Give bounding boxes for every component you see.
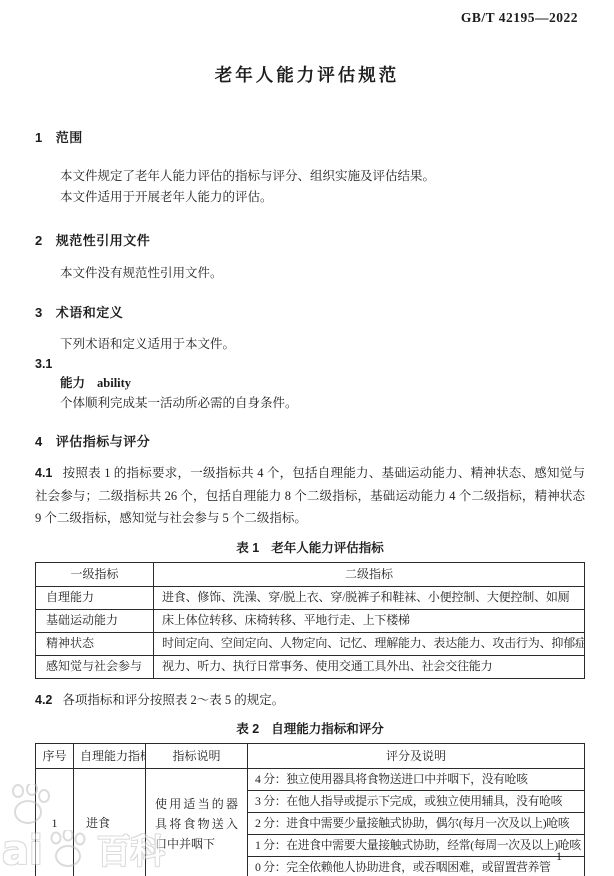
section-number: 4 bbox=[35, 434, 43, 449]
table-row: 基础运动能力 床上体位转移、床椅转移、平地行走、上下楼梯 bbox=[36, 609, 585, 632]
table-cell-score: 0 分：完全依赖他人协助进食，或吞咽困难，或留置营养管 bbox=[248, 857, 585, 876]
table-cell-level2: 进食、修饰、洗澡、穿/脱上衣、穿/脱裤子和鞋袜、小便控制、大便控制、如厕 bbox=[154, 586, 585, 609]
term-entry: 能力ability bbox=[35, 374, 585, 393]
section-heading-terms: 3术语和定义 bbox=[35, 302, 585, 321]
table-row: 1 进食 使用适当的器具将食物送入口中并咽下 4 分：独立使用器具将食物送进口中… bbox=[36, 769, 585, 791]
table-header-cell: 评分及说明 bbox=[248, 744, 585, 769]
table-header-cell: 自理能力指标 bbox=[74, 744, 146, 769]
clause-number: 4.2 bbox=[35, 693, 52, 707]
clause-4-2: 4.2各项指标和评分按照表 2～表 5 的规定。 bbox=[35, 689, 585, 712]
section-label: 规范性引用文件 bbox=[56, 233, 151, 248]
clause-text: 各项指标和评分按照表 2～表 5 的规定。 bbox=[62, 693, 284, 707]
table-header-row: 序号 自理能力指标 指标说明 评分及说明 bbox=[36, 744, 585, 769]
section-heading-normative-refs: 2规范性引用文件 bbox=[35, 230, 585, 249]
clause-4-1: 4.1按照表 1 的指标要求，一级指标共 4 个，包括自理能力、基础运动能力、精… bbox=[35, 462, 585, 530]
table-row: 感知觉与社会参与 视力、听力、执行日常事务、使用交通工具外出、社会交往能力 bbox=[36, 655, 585, 678]
term-definition: 个体顺利完成某一活动所必需的自身条件。 bbox=[35, 393, 585, 413]
table-1-caption: 表 1老年人能力评估指标 bbox=[35, 538, 585, 556]
table-cell-score: 1 分：在进食中需要大量接触式协助，经常(每周一次及以上)呛咳 bbox=[248, 835, 585, 857]
section-number: 3 bbox=[35, 305, 43, 320]
page-number: 1 bbox=[556, 849, 562, 864]
paragraph-terms-intro: 下列术语和定义适用于本文件。 bbox=[35, 335, 585, 354]
table-cell-level1: 自理能力 bbox=[36, 586, 154, 609]
clause-text: 按照表 1 的指标要求，一级指标共 4 个，包括自理能力、基础运动能力、精神状态… bbox=[35, 466, 585, 525]
table-cell-level2: 床上体位转移、床椅转移、平地行走、上下楼梯 bbox=[154, 609, 585, 632]
table-caption-text: 自理能力指标和评分 bbox=[271, 722, 384, 736]
table-2: 序号 自理能力指标 指标说明 评分及说明 1 进食 使用适当的器具将食物送入口中… bbox=[35, 743, 585, 876]
table-cell-level1: 精神状态 bbox=[36, 632, 154, 655]
table-cell-score: 4 分：独立使用器具将食物送进口中并咽下，没有呛咳 bbox=[248, 769, 585, 791]
doc-number: GB/T 42195—2022 bbox=[0, 0, 614, 26]
term-item-number: 3.1 bbox=[35, 355, 585, 374]
term-zh: 能力 bbox=[60, 376, 85, 390]
table-1: 一级指标 二级指标 自理能力 进食、修饰、洗澡、穿/脱上衣、穿/脱裤子和鞋袜、小… bbox=[35, 562, 585, 679]
table-cell-description: 使用适当的器具将食物送入口中并咽下 bbox=[146, 769, 248, 876]
table-cell-score: 2 分：进食中需要少量接触式协助，偶尔(每月一次及以上)呛咳 bbox=[248, 813, 585, 835]
table-row: 精神状态 时间定向、空间定向、人物定向、记忆、理解能力、表达能力、攻击行为、抑郁… bbox=[36, 632, 585, 655]
table-caption-label: 表 1 bbox=[236, 541, 259, 555]
table-cell-indicator: 进食 bbox=[74, 769, 146, 876]
table-cell-number: 1 bbox=[36, 769, 74, 876]
page-title: 老年人能力评估规范 bbox=[0, 62, 614, 87]
term-en: ability bbox=[97, 376, 131, 390]
table-row: 自理能力 进食、修饰、洗澡、穿/脱上衣、穿/脱裤子和鞋袜、小便控制、大便控制、如… bbox=[36, 586, 585, 609]
table-header-cell: 一级指标 bbox=[36, 562, 154, 586]
table-cell-level1: 基础运动能力 bbox=[36, 609, 154, 632]
section-heading-scope: 1范围 bbox=[35, 127, 585, 146]
table-cell-level2: 时间定向、空间定向、人物定向、记忆、理解能力、表达能力、攻击行为、抑郁症状、意识… bbox=[154, 632, 585, 655]
table-header-cell: 二级指标 bbox=[154, 562, 585, 586]
clause-number: 4.1 bbox=[35, 466, 52, 480]
table-cell-level1: 感知觉与社会参与 bbox=[36, 655, 154, 678]
section-number: 2 bbox=[35, 233, 43, 248]
section-label: 术语和定义 bbox=[56, 305, 124, 320]
table-header-cell: 指标说明 bbox=[146, 744, 248, 769]
table-caption-label: 表 2 bbox=[236, 722, 259, 736]
table-2-caption: 表 2自理能力指标和评分 bbox=[35, 719, 585, 737]
table-cell-level2: 视力、听力、执行日常事务、使用交通工具外出、社会交往能力 bbox=[154, 655, 585, 678]
document-page: GB/T 42195—2022 老年人能力评估规范 1范围 本文件规定了老年人能… bbox=[0, 0, 614, 876]
section-number: 1 bbox=[35, 130, 43, 145]
section-heading-indicators: 4评估指标与评分 bbox=[35, 431, 585, 450]
paragraph-scope-2: 本文件适用于开展老年人能力的评估。 bbox=[35, 187, 585, 208]
table-cell-score: 3 分：在他人指导或提示下完成，或独立使用辅具，没有呛咳 bbox=[248, 791, 585, 813]
section-label: 范围 bbox=[56, 130, 83, 145]
table-caption-text: 老年人能力评估指标 bbox=[271, 541, 384, 555]
paragraph-normative-refs: 本文件没有规范性引用文件。 bbox=[35, 263, 585, 284]
section-label: 评估指标与评分 bbox=[56, 434, 151, 449]
table-header-cell: 序号 bbox=[36, 744, 74, 769]
paragraph-scope-1: 本文件规定了老年人能力评估的指标与评分、组织实施及评估结果。 bbox=[35, 166, 585, 187]
table-header-row: 一级指标 二级指标 bbox=[36, 562, 585, 586]
